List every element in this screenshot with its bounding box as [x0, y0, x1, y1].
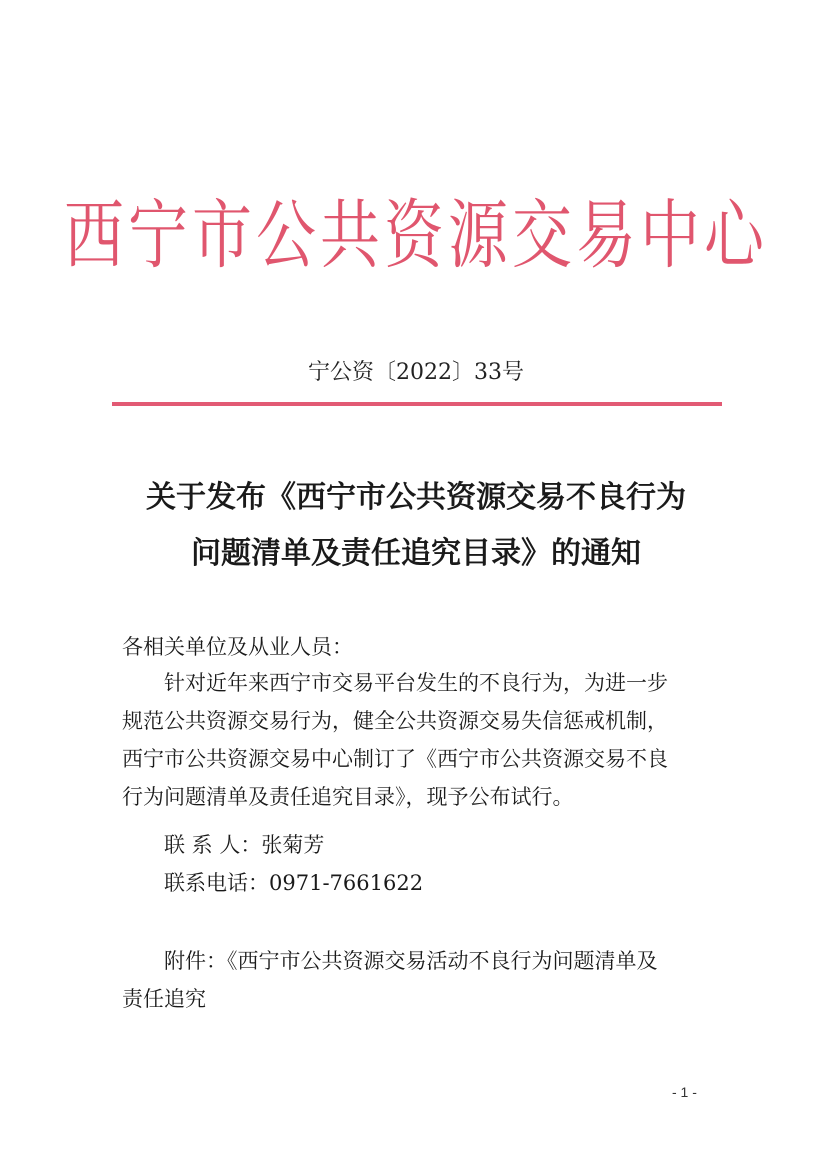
- body-paragraph: 针对近年来西宁市交易平台发生的不良行为，为进一步 规范公共资源交易行为，健全公共…: [122, 664, 722, 816]
- attachment-line-2: 责任追究: [122, 980, 722, 1018]
- attachment-line-1: 附件：《西宁市公共资源交易活动不良行为问题清单及: [122, 942, 722, 980]
- contact-person-label: 联 系 人：: [164, 833, 261, 857]
- paragraph-line-3: 西宁市公共资源交易中心制订了《西宁市公共资源交易不良: [122, 740, 722, 778]
- salutation-text: 各相关单位及从业人员：: [122, 628, 722, 666]
- document-number: 宁公资〔2022〕33号: [0, 358, 832, 388]
- letterhead-org-name: 西宁市公共资源交易中心: [0, 186, 832, 286]
- salutation: 各相关单位及从业人员：: [122, 628, 722, 666]
- contact-person-row: 联 系 人：张菊芳: [122, 826, 722, 864]
- contact-info: 联 系 人：张菊芳 联系电话：0971-7661622: [122, 826, 722, 902]
- paragraph-line-2: 规范公共资源交易行为，健全公共资源交易失信惩戒机制，: [122, 702, 722, 740]
- page-number: - 1 -: [672, 1084, 697, 1100]
- contact-person-name: 张菊芳: [261, 833, 324, 857]
- notice-title-line-1: 关于发布《西宁市公共资源交易不良行为: [0, 470, 832, 526]
- contact-phone-number: 0971-7661622: [269, 871, 423, 895]
- document-page: 西宁市公共资源交易中心 宁公资〔2022〕33号 关于发布《西宁市公共资源交易不…: [0, 0, 832, 1175]
- paragraph-line-1: 针对近年来西宁市交易平台发生的不良行为，为进一步: [122, 664, 722, 702]
- attachment-note: 附件：《西宁市公共资源交易活动不良行为问题清单及 责任追究: [122, 942, 722, 1018]
- letterhead-red-rule: [112, 402, 722, 406]
- paragraph-line-4: 行为问题清单及责任追究目录》，现予公布试行。: [122, 778, 722, 816]
- contact-phone-row: 联系电话：0971-7661622: [122, 864, 722, 902]
- notice-title: 关于发布《西宁市公共资源交易不良行为 问题清单及责任追究目录》的通知: [0, 470, 832, 582]
- notice-title-line-2: 问题清单及责任追究目录》的通知: [0, 526, 832, 582]
- contact-phone-label: 联系电话：: [164, 871, 269, 895]
